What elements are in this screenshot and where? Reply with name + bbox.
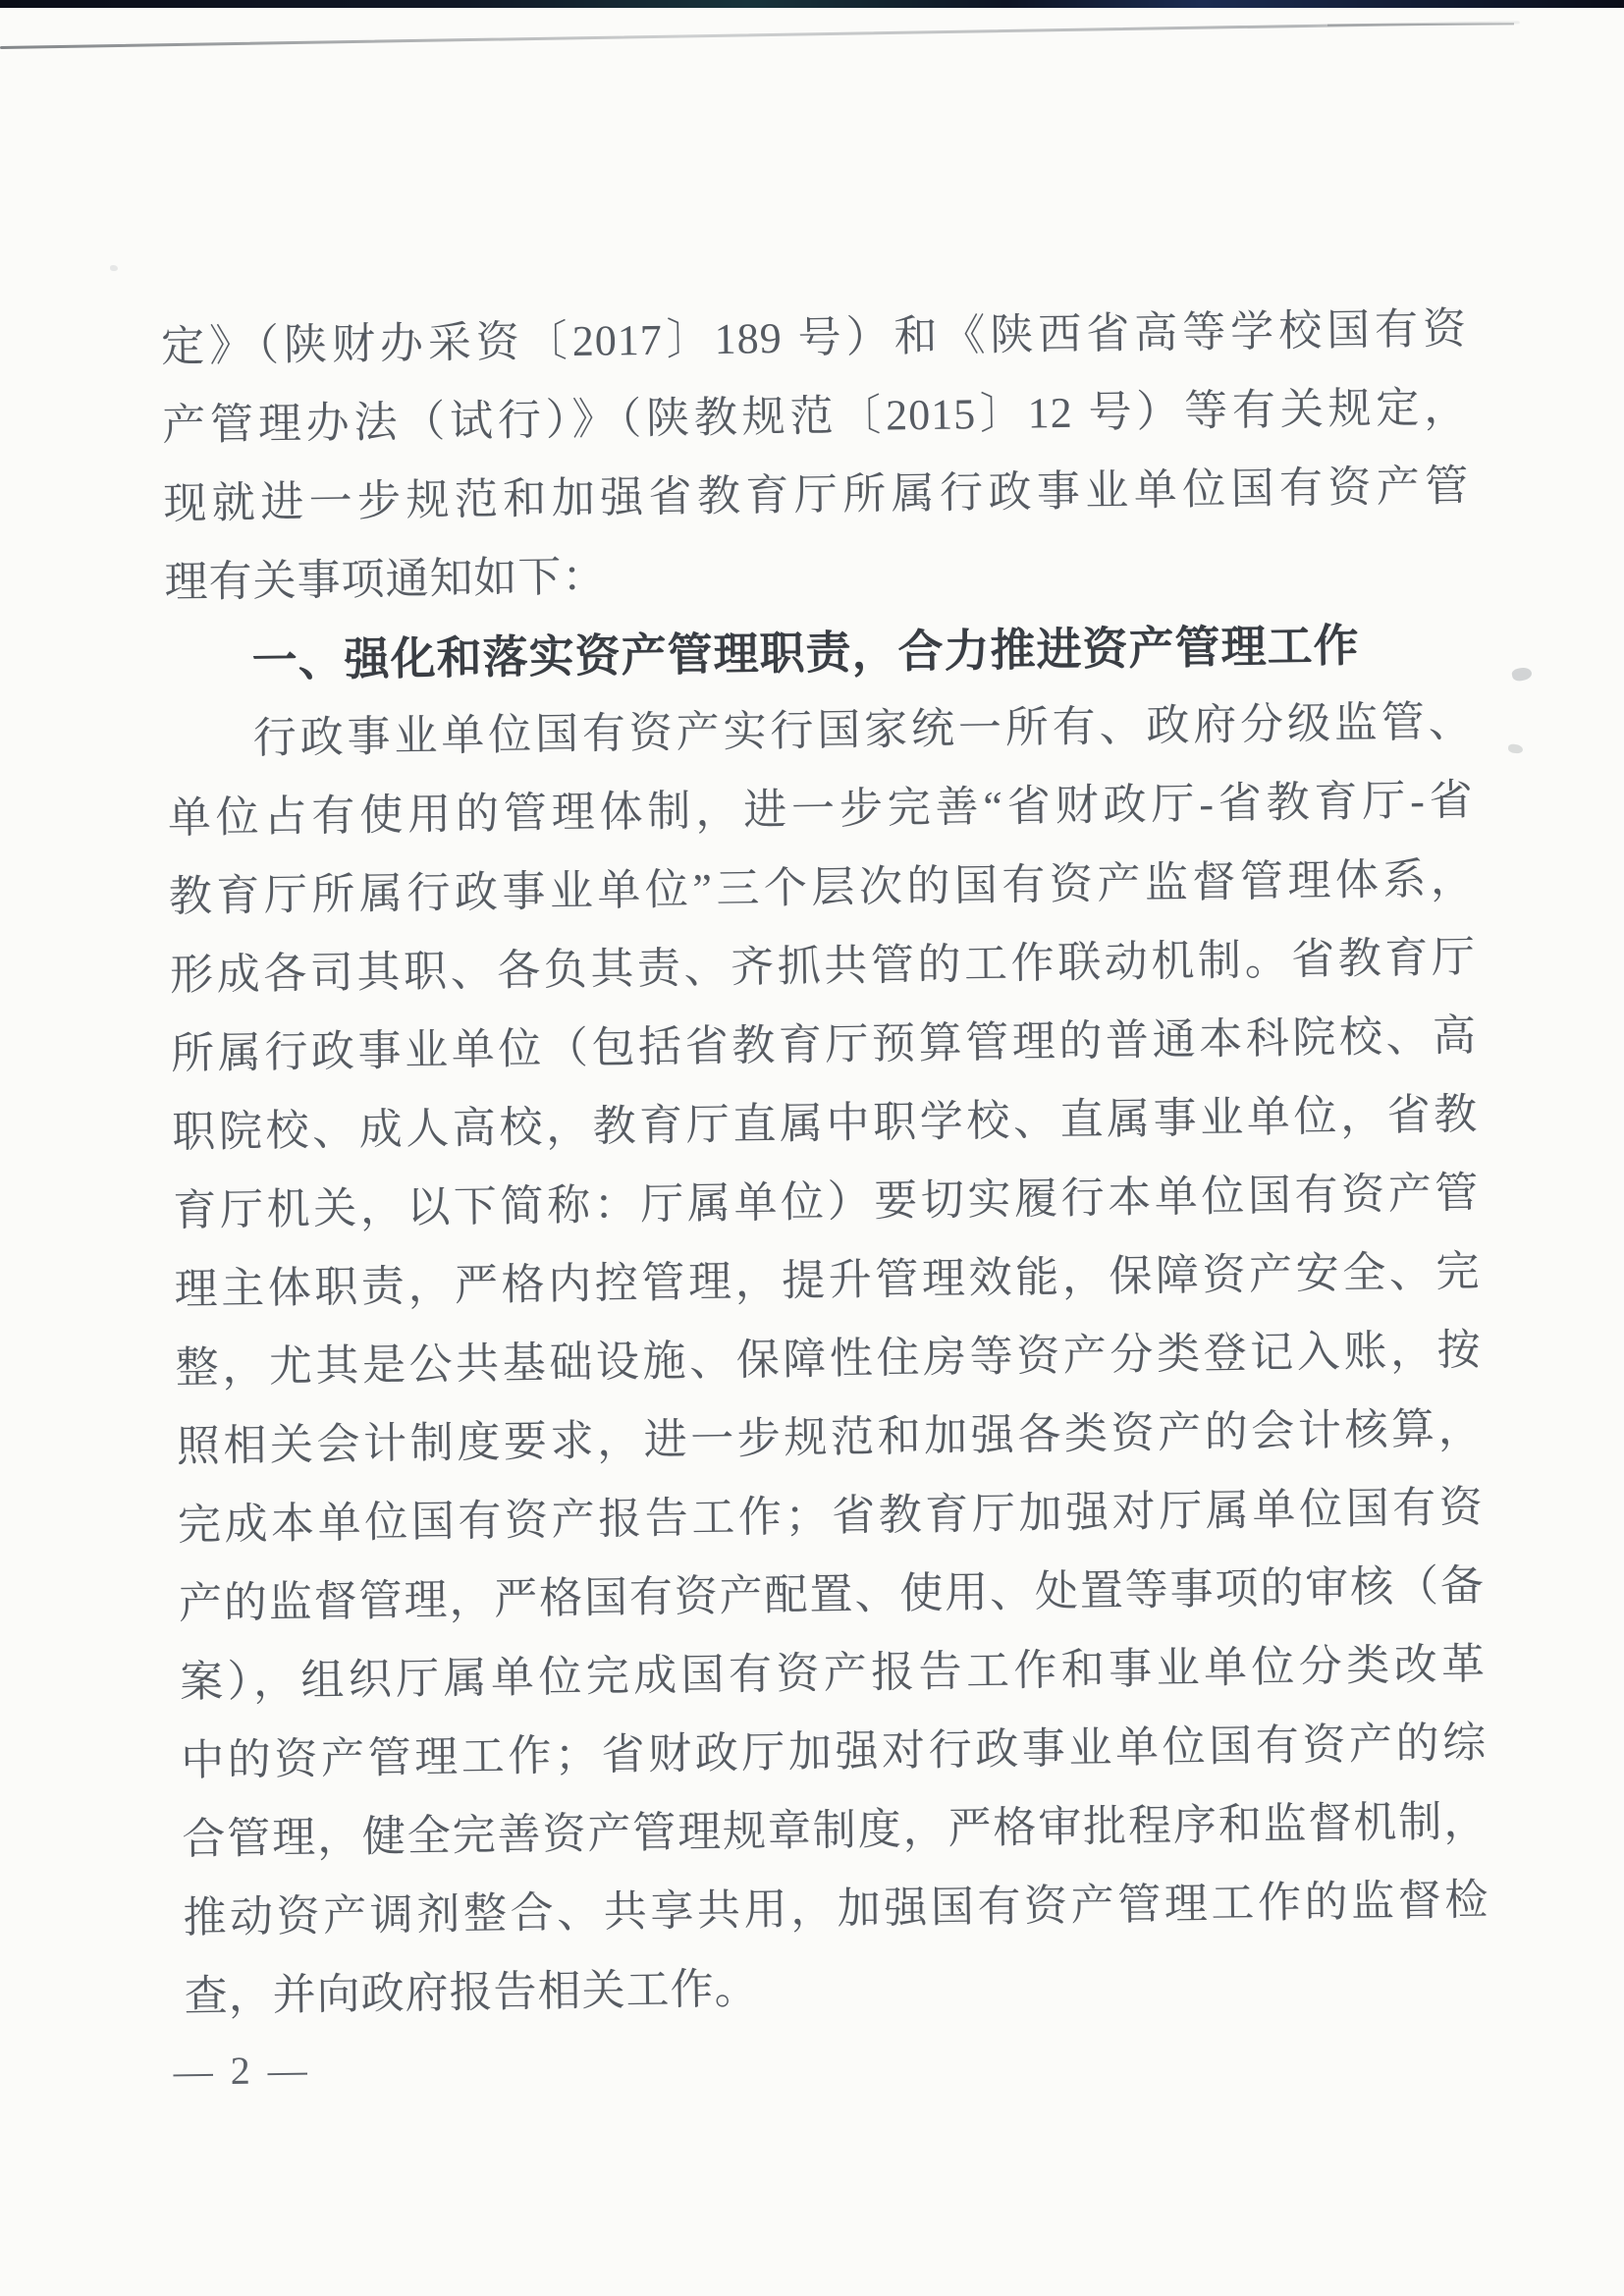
document-line: 查，并向政府报告相关工作。 (184, 1940, 1490, 2037)
scanned-document-page: 定》（陕财办采资〔2017〕189 号）和《陕西省高等学校国有资 产管理办法（试… (0, 0, 1624, 2296)
document-body: 定》（陕财办采资〔2017〕189 号）和《陕西省高等学校国有资 产管理办法（试… (0, 0, 1624, 2296)
text-block: 定》（陕财办采资〔2017〕189 号）和《陕西省高等学校国有资 产管理办法（试… (161, 290, 1490, 2036)
page-number: — 2 — (173, 2045, 311, 2098)
